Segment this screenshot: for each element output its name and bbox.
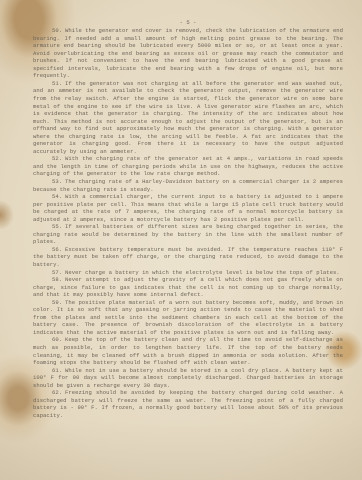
paragraph-56: 56.Excessive battery temperature must be… xyxy=(33,246,343,269)
paragraph-53: 53.The charging rate of a Harley-Davidso… xyxy=(33,178,343,193)
paragraph-57: 57.Never charge a battery in which the e… xyxy=(33,269,343,277)
paragraph-55: 55.If several batteries of different siz… xyxy=(33,223,343,246)
paragraph-60: 60.Keep the top of the battery clean and… xyxy=(33,336,343,366)
paragraph-62: 62.Freezing should be avoided by keeping… xyxy=(33,389,343,419)
stain xyxy=(0,200,14,230)
paragraph-52: 52.With the charging rate of the generat… xyxy=(33,155,343,178)
paragraph-59: 59.The positive plate material of a worn… xyxy=(33,299,343,337)
page-number: - 5 - xyxy=(33,19,343,27)
paragraph-51: 51.If the generator was not charging at … xyxy=(33,80,343,155)
paper-page: - 5 - 50.While the generator end cover i… xyxy=(0,0,362,480)
paragraph-50: 50.While the generator end cover is remo… xyxy=(33,27,343,80)
paragraph-61: 61.While not in use a battery should be … xyxy=(33,367,343,390)
document-body: - 5 - 50.While the generator end cover i… xyxy=(33,19,343,419)
paragraph-58: 58.Never attempt to adjust the gravity o… xyxy=(33,276,343,299)
paragraph-54: 54.With a commercial charger, the curren… xyxy=(33,193,343,223)
